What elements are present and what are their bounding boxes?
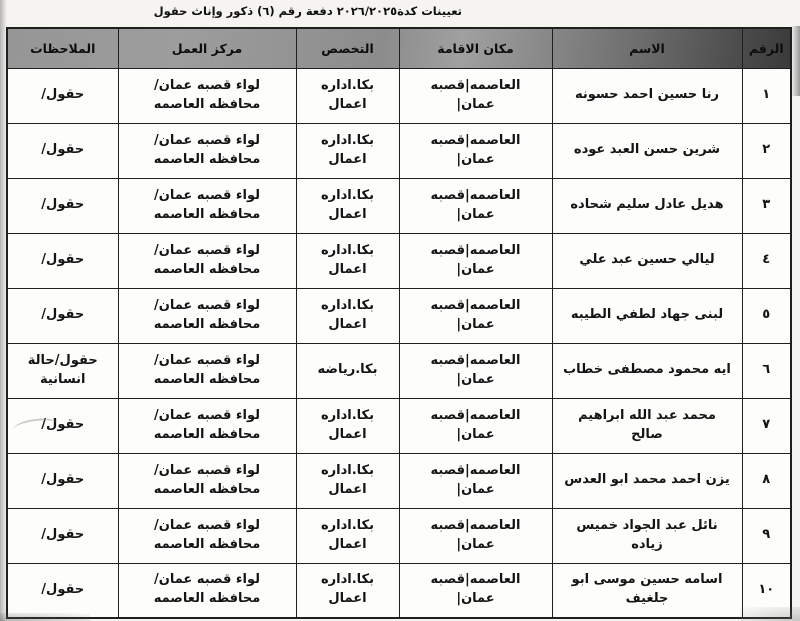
cell-number: ٨: [742, 453, 791, 508]
cell-notes: حقول/حالة انسانية: [7, 343, 118, 398]
column-header-major: التخصص: [296, 28, 399, 68]
table-row: ١٠ اسامه حسين موسى ابو جلغيف العاصمه|قصب…: [7, 563, 791, 618]
cell-major: بكا.اداره اعمال: [296, 288, 399, 343]
cell-number: ٩: [742, 508, 791, 563]
cell-number: ٧: [742, 398, 791, 453]
cell-major: بكا.اداره اعمال: [296, 453, 399, 508]
cell-number: ٤: [742, 233, 791, 288]
cell-name: اسامه حسين موسى ابو جلغيف: [552, 563, 742, 618]
cell-major: بكا.اداره اعمال: [296, 508, 399, 563]
cell-residence: العاصمه|قصبه عمان|: [399, 233, 552, 288]
cell-name: شرين حسن العبد عوده: [552, 123, 742, 178]
cell-residence: العاصمه|قصبه عمان|: [399, 68, 552, 123]
cell-notes: حقول/: [7, 563, 118, 618]
cell-workplace: لواء قصبه عمان/محافظه العاصمه: [118, 288, 296, 343]
cell-notes: حقول/: [7, 233, 118, 288]
scanned-document-page: تعيينات كدة٢٠٢٦/٢٠٢٥ دفعة رقم (٦) ذكور و…: [0, 0, 800, 621]
cell-major: بكا.اداره اعمال: [296, 178, 399, 233]
appointments-table: الرقم الاسم مكان الاقامة التخصص مركز الع…: [6, 27, 792, 619]
cell-name: يزن احمد محمد ابو العدس: [552, 453, 742, 508]
scan-smudge-top-right: [791, 26, 800, 96]
table-row: ٦ ايه محمود مصطفى خطاب العاصمه|قصبه عمان…: [7, 343, 791, 398]
cell-major: بكا.رياضه: [296, 343, 399, 398]
header-row: الرقم الاسم مكان الاقامة التخصص مركز الع…: [7, 28, 791, 68]
table-row: ٨ يزن احمد محمد ابو العدس العاصمه|قصبه ع…: [7, 453, 791, 508]
cell-number: ١٠: [742, 563, 791, 618]
table-header: الرقم الاسم مكان الاقامة التخصص مركز الع…: [7, 28, 791, 68]
cell-workplace: لواء قصبه عمان/محافظه العاصمه: [118, 233, 296, 288]
cell-major: بكا.اداره اعمال: [296, 233, 399, 288]
cell-name: رنا حسين احمد حسونه: [552, 68, 742, 123]
cell-workplace: لواء قصبه عمان/محافظه العاصمه: [118, 563, 296, 618]
cell-workplace: لواء قصبه عمان/محافظه العاصمه: [118, 178, 296, 233]
column-header-residence: مكان الاقامة: [399, 28, 552, 68]
table-row: ٢ شرين حسن العبد عوده العاصمه|قصبه عمان|…: [7, 123, 791, 178]
cell-name: محمد عبد الله ابراهيم صالح: [552, 398, 742, 453]
cell-number: ٣: [742, 178, 791, 233]
cell-residence: العاصمه|قصبه عمان|: [399, 453, 552, 508]
cell-notes: حقول/: [7, 178, 118, 233]
cell-notes: حقول/: [7, 68, 118, 123]
column-header-name: الاسم: [552, 28, 742, 68]
cell-residence: العاصمه|قصبه عمان|: [399, 508, 552, 563]
cell-workplace: لواء قصبه عمان/محافظه العاصمه: [118, 453, 296, 508]
cell-residence: العاصمه|قصبه عمان|: [399, 123, 552, 178]
cell-name: ايه محمود مصطفى خطاب: [552, 343, 742, 398]
table-row: ٣ هديل عادل سليم شحاده العاصمه|قصبه عمان…: [7, 178, 791, 233]
cell-notes: حقول/: [7, 398, 118, 453]
cell-notes: حقول/: [7, 453, 118, 508]
cell-workplace: لواء قصبه عمان/محافظه العاصمه: [118, 508, 296, 563]
cell-workplace: لواء قصبه عمان/محافظه العاصمه: [118, 343, 296, 398]
table-row: ٥ لبنى جهاد لطفي الطيبه العاصمه|قصبه عما…: [7, 288, 791, 343]
cell-notes: حقول/: [7, 288, 118, 343]
cell-name: لبنى جهاد لطفي الطيبه: [552, 288, 742, 343]
table-row: ٤ ليالي حسين عبد علي العاصمه|قصبه عمان| …: [7, 233, 791, 288]
cell-name: ليالي حسين عبد علي: [552, 233, 742, 288]
table-row: ٩ نائل عبد الجواد خميس زياده العاصمه|قصب…: [7, 508, 791, 563]
cell-residence: العاصمه|قصبه عمان|: [399, 398, 552, 453]
cell-number: ٢: [742, 123, 791, 178]
document-title: تعيينات كدة٢٠٢٦/٢٠٢٥ دفعة رقم (٦) ذكور و…: [154, 4, 462, 18]
cell-notes: حقول/: [7, 508, 118, 563]
column-header-notes: الملاحظات: [7, 28, 118, 68]
cell-residence: العاصمه|قصبه عمان|: [399, 288, 552, 343]
cell-major: بكا.اداره اعمال: [296, 68, 399, 123]
cell-major: بكا.اداره اعمال: [296, 398, 399, 453]
cell-major: بكا.اداره اعمال: [296, 563, 399, 618]
cell-residence: العاصمه|قصبه عمان|: [399, 343, 552, 398]
cell-workplace: لواء قصبه عمان/محافظه العاصمه: [118, 398, 296, 453]
cell-name: هديل عادل سليم شحاده: [552, 178, 742, 233]
table-body: ١ رنا حسين احمد حسونه العاصمه|قصبه عمان|…: [7, 68, 791, 618]
cell-number: ٥: [742, 288, 791, 343]
cell-workplace: لواء قصبه عمان/محافظه العاصمه: [118, 68, 296, 123]
cell-name: نائل عبد الجواد خميس زياده: [552, 508, 742, 563]
cell-workplace: لواء قصبه عمان/محافظه العاصمه: [118, 123, 296, 178]
cell-notes: حقول/: [7, 123, 118, 178]
column-header-workplace: مركز العمل: [118, 28, 296, 68]
cell-number: ٦: [742, 343, 791, 398]
cell-major: بكا.اداره اعمال: [296, 123, 399, 178]
table-row: ١ رنا حسين احمد حسونه العاصمه|قصبه عمان|…: [7, 68, 791, 123]
cell-number: ١: [742, 68, 791, 123]
cell-residence: العاصمه|قصبه عمان|: [399, 563, 552, 618]
table-row: ٧ محمد عبد الله ابراهيم صالح العاصمه|قصب…: [7, 398, 791, 453]
column-header-number: الرقم: [742, 28, 791, 68]
cell-residence: العاصمه|قصبه عمان|: [399, 178, 552, 233]
